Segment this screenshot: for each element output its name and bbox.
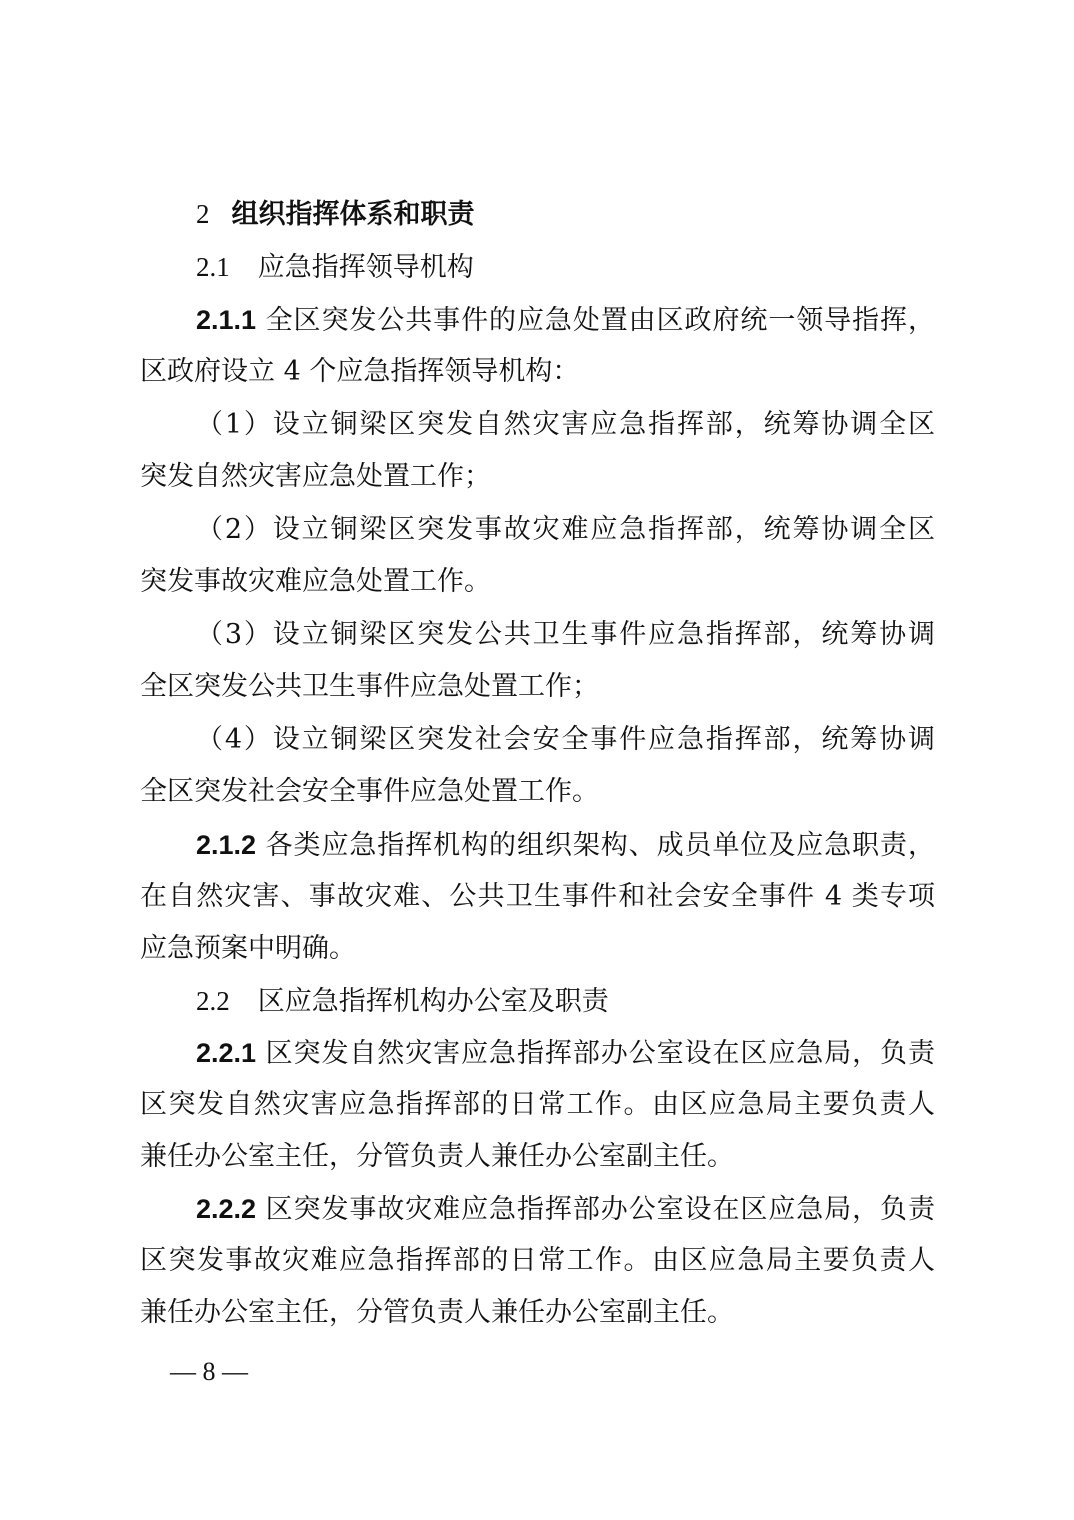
section-number: 2.1 <box>196 252 230 282</box>
clause-text: 全区突发公共事件的应急处置由区政府统一领导指挥， <box>266 305 935 336</box>
para-2-1-2-line-3: 应急预案中明确。 <box>140 929 935 969</box>
para-2-2-2-line-2: 区突发事故灾难应急指挥部的日常工作。由区应急局主要负责人 <box>140 1241 935 1281</box>
document-page: 2组织指挥体系和职责 2.1应急指挥领导机构 2.1.1 全区突发公共事件的应急… <box>0 0 1074 1520</box>
clause-text: 区突发事故灾难应急指挥部办公室设在区应急局，负责 <box>266 1194 935 1225</box>
section-title: 应急指挥领导机构 <box>258 252 474 283</box>
para-2-1-1-line-1: 2.1.1 全区突发公共事件的应急处置由区政府统一领导指挥， <box>196 300 935 340</box>
para-2-1-2-line-1: 2.1.2 各类应急指挥机构的组织架构、成员单位及应急职责， <box>196 825 935 865</box>
para-2-1-1-line-2: 区政府设立 4 个应急指挥领导机构： <box>140 352 935 392</box>
para-2-2-1-line-1: 2.2.1 区突发自然灾害应急指挥部办公室设在区应急局，负责 <box>196 1033 935 1073</box>
clause-number: 2.1.2 <box>196 830 256 860</box>
item-2-line-1: （2）设立铜梁区突发事故灾难应急指挥部，统筹协调全区 <box>196 510 935 550</box>
item-2-line-2: 突发事故灾难应急处置工作。 <box>140 562 935 602</box>
item-3-line-2: 全区突发公共卫生事件应急处置工作； <box>140 667 935 707</box>
para-2-2-2-line-1: 2.2.2 区突发事故灾难应急指挥部办公室设在区应急局，负责 <box>196 1189 935 1229</box>
section-number: 2 <box>196 199 210 229</box>
item-3-line-1: （3）设立铜梁区突发公共卫生事件应急指挥部，统筹协调 <box>196 615 935 655</box>
section-heading-2: 2组织指挥体系和职责 <box>196 194 935 234</box>
clause-text: 区突发自然灾害应急指挥部办公室设在区应急局，负责 <box>266 1038 935 1069</box>
clause-number: 2.2.1 <box>196 1038 256 1068</box>
section-heading-2-2: 2.2区应急指挥机构办公室及职责 <box>196 981 935 1021</box>
clause-text: 各类应急指挥机构的组织架构、成员单位及应急职责， <box>266 830 935 861</box>
section-heading-2-1: 2.1应急指挥领导机构 <box>196 247 935 287</box>
item-1-line-2: 突发自然灾害应急处置工作； <box>140 457 935 497</box>
item-1-line-1: （1）设立铜梁区突发自然灾害应急指挥部，统筹协调全区 <box>196 405 935 445</box>
section-number: 2.2 <box>196 986 230 1016</box>
para-2-1-2-line-2: 在自然灾害、事故灾难、公共卫生事件和社会安全事件 4 类专项 <box>140 877 935 917</box>
section-title: 区应急指挥机构办公室及职责 <box>258 986 609 1017</box>
section-title: 组织指挥体系和职责 <box>232 199 475 230</box>
item-4-line-1: （4）设立铜梁区突发社会安全事件应急指挥部，统筹协调 <box>196 720 935 760</box>
clause-number: 2.1.1 <box>196 305 256 335</box>
clause-number: 2.2.2 <box>196 1194 256 1224</box>
para-2-2-1-line-2: 区突发自然灾害应急指挥部的日常工作。由区应急局主要负责人 <box>140 1085 935 1125</box>
item-4-line-2: 全区突发社会安全事件应急处置工作。 <box>140 772 935 812</box>
para-2-2-1-line-3: 兼任办公室主任，分管负责人兼任办公室副主任。 <box>140 1137 935 1177</box>
para-2-2-2-line-3: 兼任办公室主任，分管负责人兼任办公室副主任。 <box>140 1293 935 1333</box>
page-number: — 8 — <box>170 1352 248 1392</box>
